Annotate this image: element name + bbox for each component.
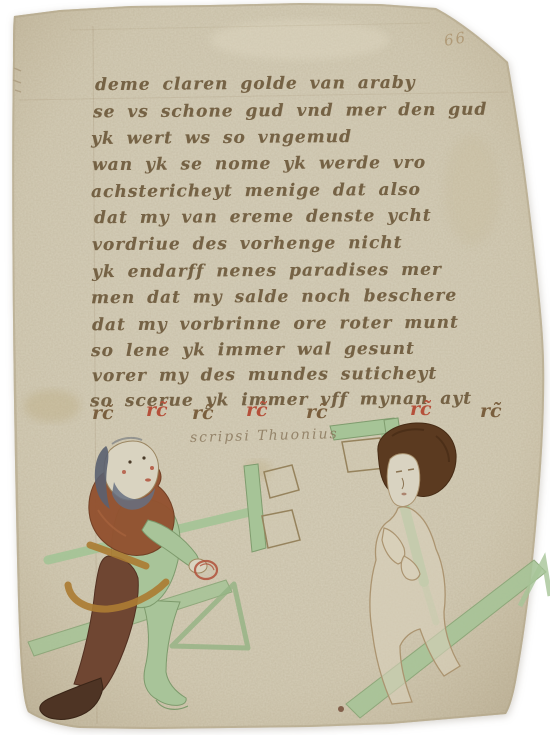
red-lips-mark <box>145 478 151 481</box>
man-front-leg <box>74 556 138 690</box>
woman-mouth <box>401 493 406 496</box>
man-eye <box>142 456 145 459</box>
man-rear-leg <box>142 600 186 705</box>
manuscript-photo: 66 deme claren golde van araby se vs sch… <box>0 0 550 735</box>
woman-face <box>387 454 420 507</box>
woman-figure <box>330 418 550 718</box>
illustration-layer <box>0 0 550 735</box>
man-boot <box>40 678 103 719</box>
man-eye <box>128 460 131 463</box>
ink-drip <box>338 706 344 712</box>
red-cheek-mark <box>122 470 126 474</box>
man-head <box>95 438 159 510</box>
man-figure <box>28 438 300 719</box>
red-nose-mark <box>150 466 154 470</box>
man-face <box>104 441 159 500</box>
swingle-head <box>244 464 300 552</box>
